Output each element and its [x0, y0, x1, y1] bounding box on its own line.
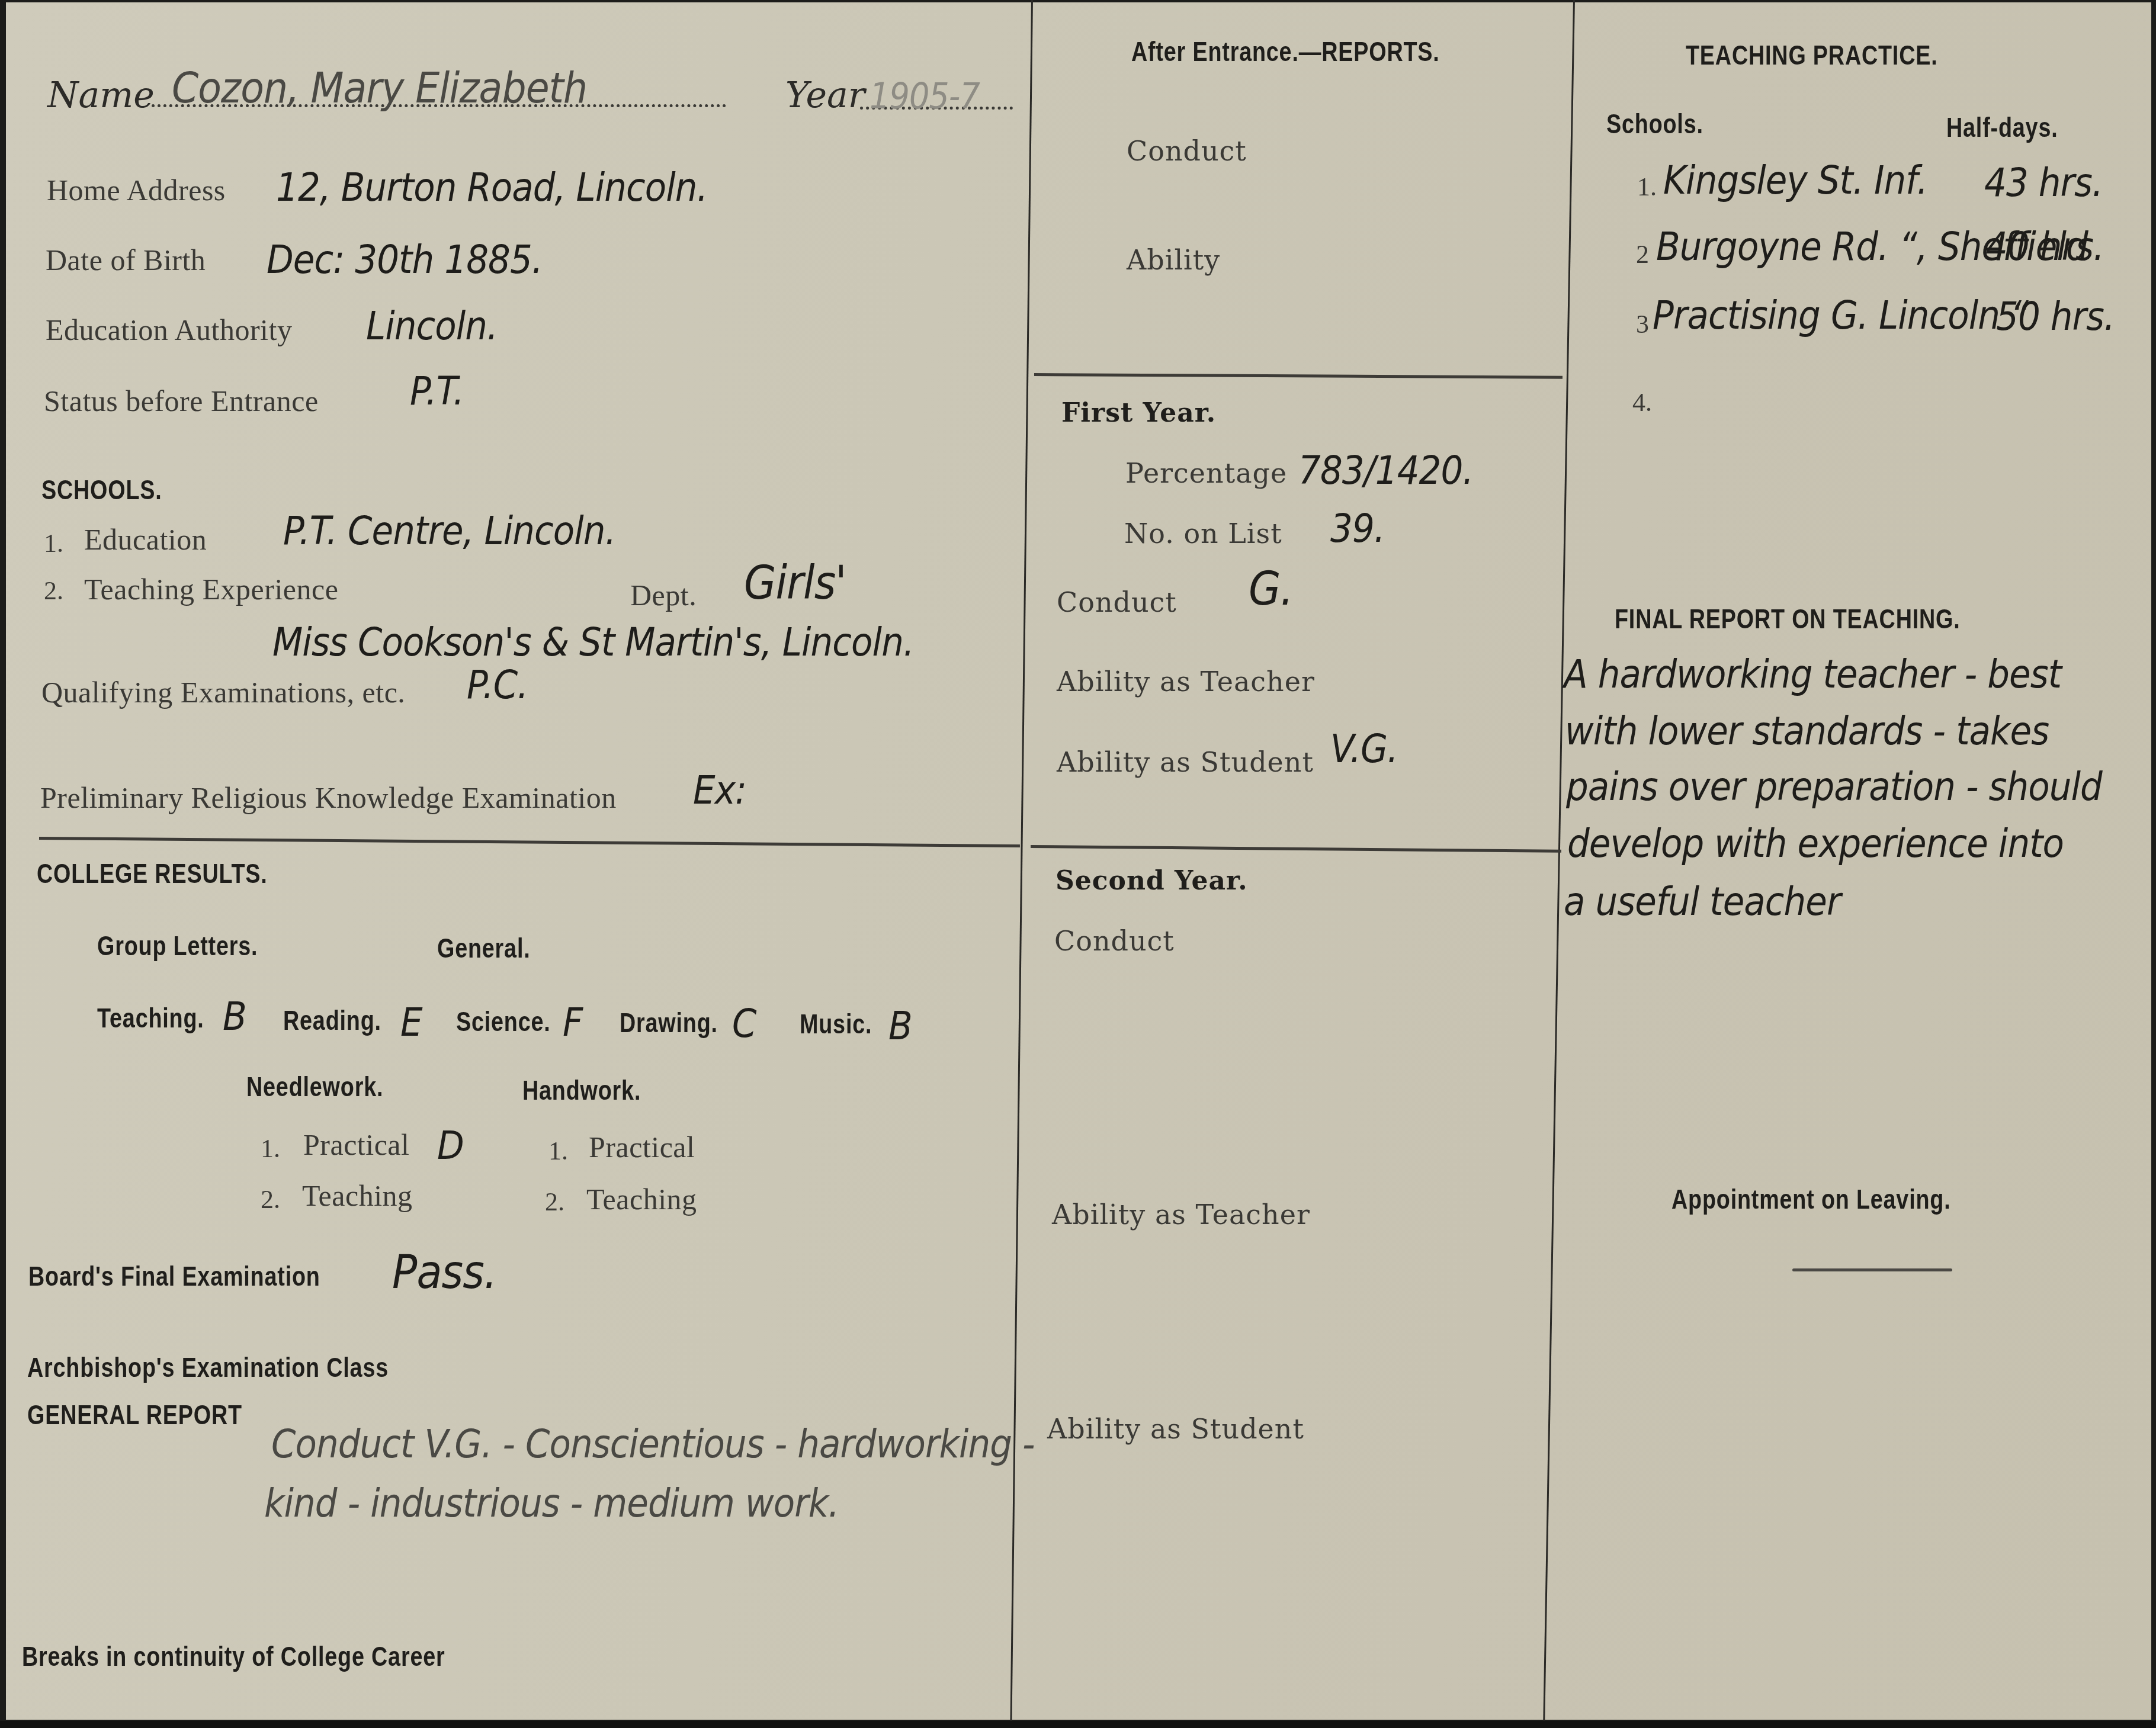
boards-final-field[interactable]: Pass. [392, 1246, 496, 1299]
handwork-teaching-label: Teaching [586, 1182, 697, 1216]
name-field[interactable]: Cozon, Mary Elizabeth [172, 63, 587, 113]
schools-education-num: 1. [44, 528, 63, 558]
after-entrance-heading: After Entrance.—REPORTS. [1131, 36, 1440, 68]
schools-teaching-label: Teaching Experience [84, 572, 338, 606]
handwork-heading: Handwork. [522, 1074, 641, 1106]
no-on-list-field[interactable]: 39. [1330, 506, 1385, 551]
final-report-line-5[interactable]: a useful teacher [1564, 879, 1840, 924]
final-report-heading: FINAL REPORT ON TEACHING. [1615, 603, 1961, 635]
no-on-list-label: No. on List [1124, 518, 1282, 550]
needlework-practical-label: Practical [303, 1128, 409, 1162]
breaks-in-continuity-label: Breaks in continuity of College Career [22, 1640, 445, 1672]
first-year-ability-teacher-label: Ability as Teacher [1057, 666, 1315, 698]
subject-teaching-label: Teaching. [97, 1002, 204, 1034]
final-report-line-2[interactable]: with lower standards - takes [1565, 708, 2049, 754]
handwork-teaching-num: 2. [545, 1187, 564, 1217]
dept-field[interactable]: Girls' [744, 557, 846, 610]
general-report-line-2[interactable]: kind - industrious - medium work. [264, 1480, 839, 1526]
date-of-birth-field[interactable]: Dec: 30th 1885. [267, 237, 543, 282]
practice-1-num: 1. [1637, 172, 1657, 202]
practice-2-num: 2 [1636, 239, 1649, 269]
practice-1-half-days[interactable]: 43 hrs. [1984, 160, 2103, 205]
needlework-practical-grade[interactable]: D [437, 1123, 464, 1168]
second-year-conduct-label: Conduct [1054, 925, 1175, 957]
schools-heading: SCHOOLS. [41, 474, 162, 506]
group-letters-label: Group Letters. [97, 930, 258, 962]
archbishop-exam-label: Archbishop's Examination Class [27, 1351, 389, 1383]
status-before-entrance-label: Status before Entrance [44, 384, 319, 418]
practice-2-half-days[interactable]: 40 hrs. [1985, 224, 2104, 269]
qualifying-exams-label: Qualifying Examinations, etc. [41, 675, 405, 709]
handwork-practical-label: Practical [589, 1130, 695, 1164]
schools-teaching-num: 2. [44, 576, 63, 606]
subject-drawing-label: Drawing. [620, 1007, 718, 1039]
final-report-line-4[interactable]: develop with experience into [1567, 821, 2064, 866]
subject-drawing-grade[interactable]: C [732, 1001, 756, 1046]
schools-education-field[interactable]: P.T. Centre, Lincoln. [283, 508, 616, 554]
practice-3-half-days[interactable]: 50 hrs. [1996, 294, 2115, 339]
final-report-line-1[interactable]: A hardworking teacher - best [1564, 651, 2061, 697]
home-address-label: Home Address [47, 173, 226, 207]
second-year-ability-teacher-label: Ability as Teacher [1052, 1199, 1310, 1231]
year-label: Year [785, 75, 865, 116]
percentage-label: Percentage [1125, 457, 1287, 489]
practice-3-school[interactable]: Practising G. Lincoln “ [1653, 293, 2028, 338]
appointment-on-leaving-field[interactable] [1792, 1268, 1952, 1271]
qualifying-exams-field[interactable]: P.C. [467, 662, 528, 708]
practice-3-num: 3 [1636, 309, 1649, 339]
subject-science-grade[interactable]: F [563, 1000, 582, 1045]
first-year-heading: First Year. [1061, 398, 1216, 428]
first-year-conduct-label: Conduct [1057, 586, 1177, 618]
subject-reading-label: Reading. [283, 1004, 381, 1036]
home-address-field[interactable]: 12, Burton Road, Lincoln. [276, 165, 708, 210]
after-entrance-ability-label: Ability [1127, 244, 1220, 276]
scan-bottom-edge [0, 1721, 2156, 1728]
boards-final-label: Board's Final Examination [28, 1260, 320, 1292]
needlework-teaching-num: 2. [261, 1184, 280, 1215]
schools-education-label: Education [84, 522, 207, 557]
subject-science-label: Science. [456, 1006, 551, 1038]
practice-4-num: 4. [1632, 387, 1652, 417]
appointment-on-leaving-heading: Appointment on Leaving. [1671, 1183, 1950, 1215]
needlework-teaching-label: Teaching [302, 1178, 413, 1213]
after-entrance-conduct-label: Conduct [1127, 135, 1247, 167]
education-authority-label: Education Authority [46, 313, 292, 347]
name-label: Name [47, 75, 155, 116]
second-year-heading: Second Year. [1055, 866, 1248, 896]
religious-knowledge-field[interactable]: Ex: [693, 767, 746, 813]
year-field[interactable]: 1905-7 [870, 76, 980, 117]
teaching-experience-field[interactable]: Miss Cookson's & St Martin's, Lincoln. [272, 619, 914, 665]
subject-teaching-grade[interactable]: B [223, 994, 246, 1039]
half-days-column-label: Half-days. [1946, 111, 2058, 143]
second-year-ability-student-label: Ability as Student [1047, 1413, 1304, 1445]
education-authority-field[interactable]: Lincoln. [366, 303, 498, 349]
handwork-practical-num: 1. [548, 1136, 568, 1166]
first-year-ability-student-field[interactable]: V.G. [1330, 726, 1398, 772]
final-report-line-3[interactable]: pains over preparation - should [1566, 764, 2102, 810]
subject-reading-grade[interactable]: E [400, 1000, 422, 1045]
schools-column-label: Schools. [1606, 108, 1703, 140]
needlework-practical-num: 1. [261, 1133, 280, 1164]
practice-1-school[interactable]: Kingsley St. Inf. [1663, 158, 1927, 203]
college-results-heading: COLLEGE RESULTS. [37, 857, 268, 889]
subject-music-grade[interactable]: B [888, 1003, 912, 1049]
first-year-ability-student-label: Ability as Student [1057, 746, 1314, 778]
percentage-field[interactable]: 783/1420. [1298, 448, 1473, 493]
status-before-entrance-field[interactable]: P.T. [410, 368, 464, 414]
teaching-practice-heading: TEACHING PRACTICE. [1686, 39, 1938, 71]
first-year-conduct-field[interactable]: G. [1249, 563, 1293, 616]
needlework-heading: Needlework. [246, 1071, 383, 1103]
subject-music-label: Music. [800, 1008, 872, 1040]
religious-knowledge-label: Preliminary Religious Knowledge Examinat… [40, 781, 617, 815]
general-label: General. [437, 932, 531, 964]
dept-label: Dept. [630, 578, 697, 612]
date-of-birth-label: Date of Birth [46, 243, 206, 277]
general-report-line-1[interactable]: Conduct V.G. - Conscientious - hardworki… [271, 1421, 1035, 1467]
general-report-label: GENERAL REPORT [27, 1399, 242, 1431]
